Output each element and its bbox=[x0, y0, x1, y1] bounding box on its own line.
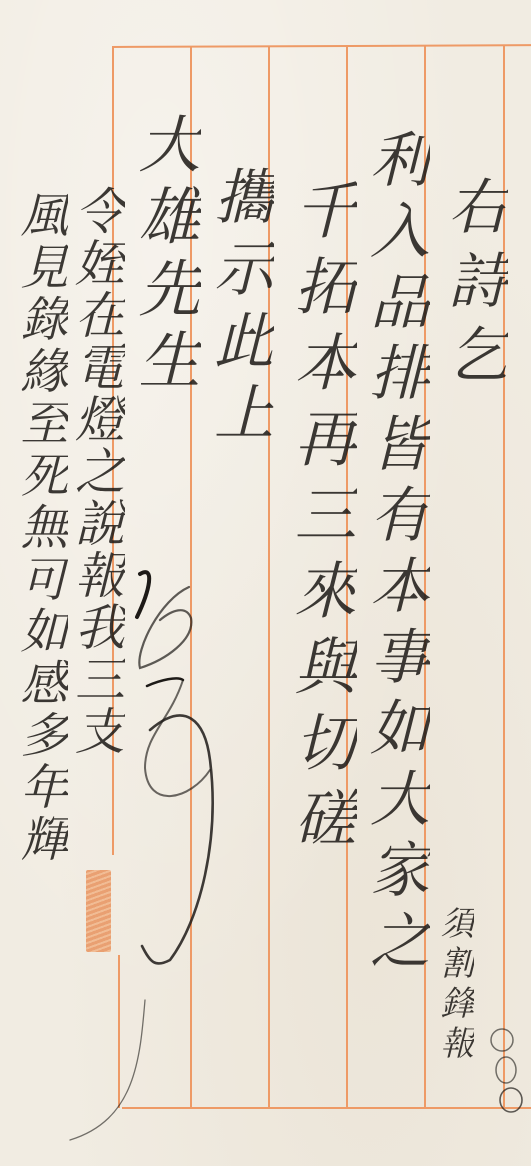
circle-mark-2 bbox=[496, 1057, 516, 1083]
pen-marks bbox=[0, 0, 531, 1166]
circle-mark-1 bbox=[491, 1029, 513, 1051]
signature-loop-icon bbox=[137, 572, 149, 617]
circle-mark-3 bbox=[500, 1088, 522, 1112]
